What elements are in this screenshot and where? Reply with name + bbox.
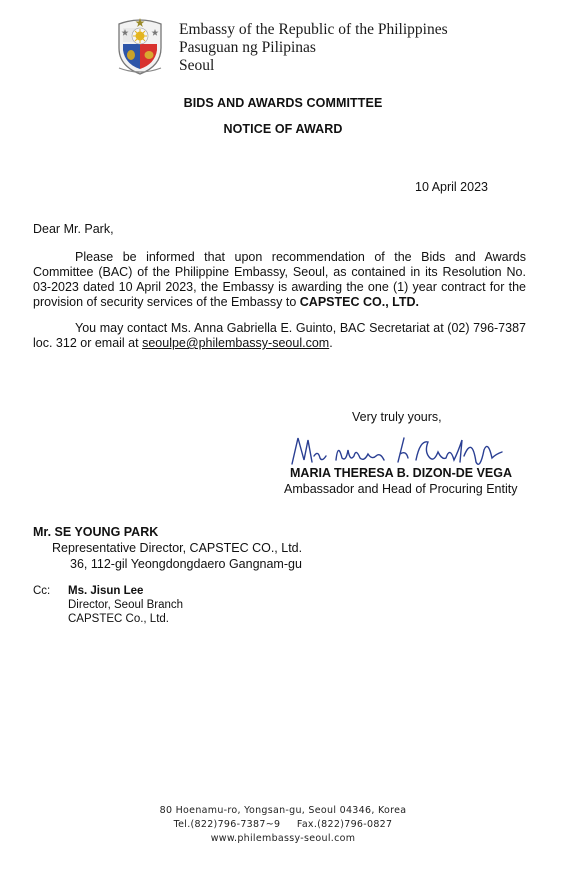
paragraph-contact-end: . [329, 336, 332, 350]
paragraph-contact: You may contact Ms. Anna Gabriella E. Gu… [33, 321, 526, 351]
cc-name: Ms. Jisun Lee [68, 584, 143, 598]
letterhead-line1: Embassy of the Republic of the Philippin… [179, 21, 448, 39]
embassy-seal-icon [113, 14, 167, 76]
footer-fax: Fax.(822)796-0827 [297, 819, 392, 830]
footer-website[interactable]: www.philembassy-seoul.com [0, 832, 566, 846]
email-link[interactable]: seoulpe@philembassy-seoul.com [142, 336, 329, 350]
notice-heading: NOTICE OF AWARD [0, 122, 566, 136]
footer: 80 Hoenamu-ro, Yongsan-gu, Seoul 04346, … [0, 804, 566, 846]
awardee-name: CAPSTEC CO., LTD. [300, 295, 419, 309]
letter-date: 10 April 2023 [415, 180, 488, 195]
footer-phone-fax: Tel.(822)796-7387~9 Fax.(822)796-0827 [0, 818, 566, 832]
addressee-address: 36, 112-gil Yeongdongdaero Gangnam-gu [70, 557, 302, 572]
footer-tel: Tel.(822)796-7387~9 [174, 819, 281, 830]
paragraph-award: Please be informed that upon recommendat… [33, 250, 526, 310]
committee-heading: BIDS AND AWARDS COMMITTEE [0, 96, 566, 110]
salutation: Dear Mr. Park, [33, 222, 114, 237]
signatory-name: MARIA THERESA B. DIZON-DE VEGA [290, 466, 512, 481]
paragraph-award-text: Please be informed that upon recommendat… [33, 250, 526, 309]
footer-address: 80 Hoenamu-ro, Yongsan-gu, Seoul 04346, … [0, 804, 566, 818]
addressee-name: Mr. SE YOUNG PARK [33, 525, 158, 540]
letterhead-line2: Pasuguan ng Pilipinas [179, 39, 316, 57]
cc-company: CAPSTEC Co., Ltd. [68, 612, 169, 626]
signatory-title: Ambassador and Head of Procuring Entity [284, 482, 517, 497]
addressee-position: Representative Director, CAPSTEC CO., Lt… [52, 541, 302, 556]
cc-position: Director, Seoul Branch [68, 598, 183, 612]
closing: Very truly yours, [352, 410, 442, 425]
cc-label: Cc: [33, 584, 50, 598]
letterhead-line3: Seoul [179, 57, 214, 75]
